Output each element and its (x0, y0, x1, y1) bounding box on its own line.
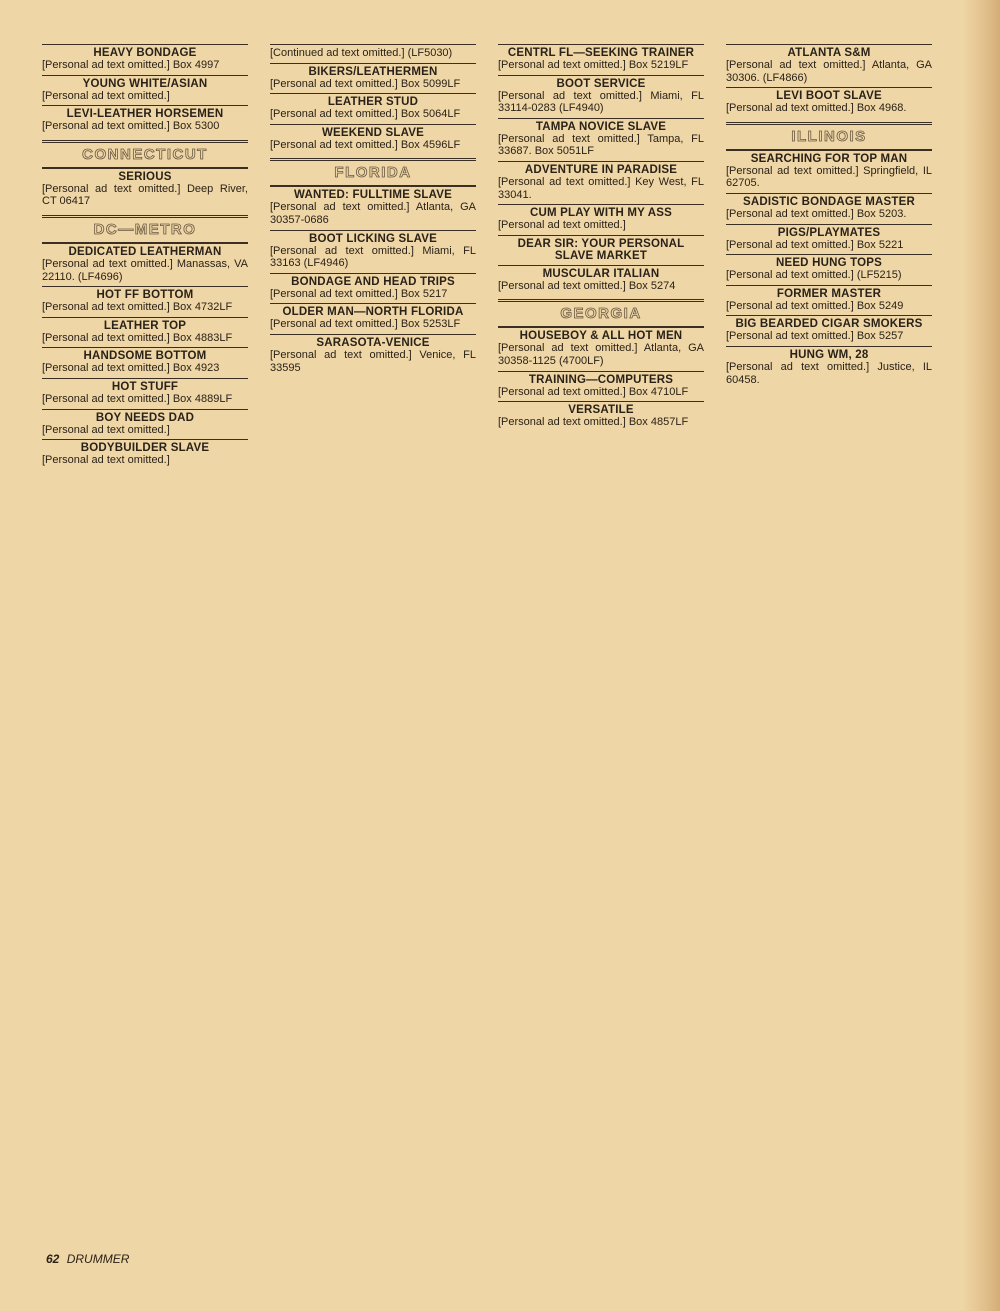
ad-heading: HOUSEBOY & ALL HOT MEN (498, 330, 704, 342)
classifieds-columns: HEAVY BONDAGE[Personal ad text omitted.]… (42, 44, 932, 1249)
ad-heading: PIGS/PLAYMATES (726, 227, 932, 239)
classified-ad: FORMER MASTER[Personal ad text omitted.]… (726, 285, 932, 316)
classified-ad: TRAINING—COMPUTERS[Personal ad text omit… (498, 371, 704, 402)
ad-body: [Personal ad text omitted.] (LF5215) (726, 269, 932, 282)
ad-body: [Personal ad text omitted.] (42, 454, 248, 467)
classified-ad: DEDICATED LEATHERMAN[Personal ad text om… (42, 243, 248, 286)
ad-heading: BONDAGE AND HEAD TRIPS (270, 276, 476, 288)
classified-ad: ADVENTURE IN PARADISE[Personal ad text o… (498, 161, 704, 204)
classified-ad: HEAVY BONDAGE[Personal ad text omitted.]… (42, 44, 248, 75)
ad-heading: YOUNG WHITE/ASIAN (42, 78, 248, 90)
ad-heading: NEED HUNG TOPS (726, 257, 932, 269)
ad-body: [Personal ad text omitted.] Atlanta, GA … (270, 201, 476, 226)
classified-ad: YOUNG WHITE/ASIAN[Personal ad text omitt… (42, 75, 248, 106)
ad-body: [Personal ad text omitted.] Justice, IL … (726, 361, 932, 386)
ad-heading: BOOT LICKING SLAVE (270, 233, 476, 245)
classified-ad: WANTED: FULLTIME SLAVE[Personal ad text … (270, 186, 476, 229)
ad-heading: ADVENTURE IN PARADISE (498, 164, 704, 176)
classified-ad: BODYBUILDER SLAVE[Personal ad text omitt… (42, 439, 248, 470)
page-spine-shadow (962, 0, 1000, 1311)
ad-heading: SERIOUS (42, 171, 248, 183)
ad-body: [Personal ad text omitted.] Box 4883LF (42, 332, 248, 345)
ad-heading: DEDICATED LEATHERMAN (42, 246, 248, 258)
ad-body: [Personal ad text omitted.] Box 4710LF (498, 386, 704, 399)
classified-ad: LEATHER TOP[Personal ad text omitted.] B… (42, 317, 248, 348)
ad-body: [Personal ad text omitted.] Tampa, FL 33… (498, 133, 704, 158)
ad-heading: LEATHER STUD (270, 96, 476, 108)
ad-body: [Personal ad text omitted.] (42, 424, 248, 437)
classified-ad: CENTRL FL—SEEKING TRAINER[Personal ad te… (498, 44, 704, 75)
page-number: 62 (46, 1252, 59, 1266)
classified-ad: SADISTIC BONDAGE MASTER[Personal ad text… (726, 193, 932, 224)
ad-body: [Personal ad text omitted.] Box 5300 (42, 120, 248, 133)
classified-ad: BOY NEEDS DAD[Personal ad text omitted.] (42, 409, 248, 440)
ad-body: [Personal ad text omitted.] Box 4732LF (42, 301, 248, 314)
classified-ad: BOOT LICKING SLAVE[Personal ad text omit… (270, 230, 476, 273)
classified-ad: LEATHER STUD[Personal ad text omitted.] … (270, 93, 476, 124)
classified-ad: BIG BEARDED CIGAR SMOKERS[Personal ad te… (726, 315, 932, 346)
classified-ad: DEAR SIR: YOUR PERSONAL SLAVE MARKET (498, 235, 704, 265)
classified-ad: HOT FF BOTTOM[Personal ad text omitted.]… (42, 286, 248, 317)
ad-heading: SARASOTA-VENICE (270, 337, 476, 349)
ad-body: [Personal ad text omitted.] Box 5099LF (270, 78, 476, 91)
ad-heading: BIG BEARDED CIGAR SMOKERS (726, 318, 932, 330)
classified-ad: TAMPA NOVICE SLAVE[Personal ad text omit… (498, 118, 704, 161)
ad-heading: FORMER MASTER (726, 288, 932, 300)
ad-body: [Personal ad text omitted.] Box 4857LF (498, 416, 704, 429)
ad-heading: HEAVY BONDAGE (42, 47, 248, 59)
ad-body: [Personal ad text omitted.] Box 4997 (42, 59, 248, 72)
ad-heading: CUM PLAY WITH MY ASS (498, 207, 704, 219)
ad-body: [Personal ad text omitted.] (498, 219, 704, 232)
ad-body: [Personal ad text omitted.] Deep River, … (42, 183, 248, 208)
ad-heading: MUSCULAR ITALIAN (498, 268, 704, 280)
ad-heading: BOOT SERVICE (498, 78, 704, 90)
ad-body: [Personal ad text omitted.] Box 5221 (726, 239, 932, 252)
ad-body: [Continued ad text omitted.] (LF5030) (270, 47, 476, 60)
ad-heading: BOY NEEDS DAD (42, 412, 248, 424)
classified-ad: SARASOTA-VENICE[Personal ad text omitted… (270, 334, 476, 377)
classified-ad: NEED HUNG TOPS[Personal ad text omitted.… (726, 254, 932, 285)
ad-heading: WEEKEND SLAVE (270, 127, 476, 139)
ad-heading: WANTED: FULLTIME SLAVE (270, 189, 476, 201)
column-3: CENTRL FL—SEEKING TRAINER[Personal ad te… (498, 44, 704, 1249)
classified-ad: VERSATILE[Personal ad text omitted.] Box… (498, 401, 704, 432)
column-4: ATLANTA S&M[Personal ad text omitted.] A… (726, 44, 932, 1249)
section-title: DC—METRO (94, 221, 197, 238)
classified-ad: HOUSEBOY & ALL HOT MEN[Personal ad text … (498, 327, 704, 370)
ad-heading: DEAR SIR: YOUR PERSONAL SLAVE MARKET (498, 238, 704, 262)
classified-ad: SEARCHING FOR TOP MAN[Personal ad text o… (726, 150, 932, 193)
classified-ad: CUM PLAY WITH MY ASS[Personal ad text om… (498, 204, 704, 235)
state-section-header: GEORGIA (498, 299, 704, 327)
classified-ad: BONDAGE AND HEAD TRIPS[Personal ad text … (270, 273, 476, 304)
ad-body: [Personal ad text omitted.] Springfield,… (726, 165, 932, 190)
classified-ad: LEVI-LEATHER HORSEMEN[Personal ad text o… (42, 105, 248, 136)
classified-ad: PIGS/PLAYMATES[Personal ad text omitted.… (726, 224, 932, 255)
ad-body: [Personal ad text omitted.] Key West, FL… (498, 176, 704, 201)
classified-ad: ATLANTA S&M[Personal ad text omitted.] A… (726, 44, 932, 87)
ad-body: [Personal ad text omitted.] Box 5064LF (270, 108, 476, 121)
ad-body: [Personal ad text omitted.] Box 4596LF (270, 139, 476, 152)
classified-ad: HUNG WM, 28[Personal ad text omitted.] J… (726, 346, 932, 389)
ad-body: [Personal ad text omitted.] Manassas, VA… (42, 258, 248, 283)
classified-ad: HOT STUFF[Personal ad text omitted.] Box… (42, 378, 248, 409)
ad-heading: LEVI-LEATHER HORSEMEN (42, 108, 248, 120)
state-section-header: FLORIDA (270, 158, 476, 186)
ad-body: [Personal ad text omitted.] Box 5257 (726, 330, 932, 343)
ad-heading: LEATHER TOP (42, 320, 248, 332)
ad-heading: BIKERS/LEATHERMEN (270, 66, 476, 78)
ad-heading: ATLANTA S&M (726, 47, 932, 59)
section-title: GEORGIA (560, 305, 641, 322)
ad-body: [Personal ad text omitted.] Box 4889LF (42, 393, 248, 406)
ad-body: [Personal ad text omitted.] Box 5203. (726, 208, 932, 221)
section-title: ILLINOIS (791, 128, 866, 145)
state-section-header: ILLINOIS (726, 122, 932, 150)
ad-heading: HUNG WM, 28 (726, 349, 932, 361)
classified-ad: SERIOUS[Personal ad text omitted.] Deep … (42, 168, 248, 211)
ad-body: [Personal ad text omitted.] Box 5219LF (498, 59, 704, 72)
ad-heading: CENTRL FL—SEEKING TRAINER (498, 47, 704, 59)
ad-heading: VERSATILE (498, 404, 704, 416)
ad-heading: OLDER MAN—NORTH FLORIDA (270, 306, 476, 318)
state-section-header: CONNECTICUT (42, 140, 248, 168)
state-section-header: DC—METRO (42, 215, 248, 243)
page-folio: 62 DRUMMER (46, 1252, 129, 1266)
section-title: CONNECTICUT (82, 146, 208, 163)
ad-body: [Personal ad text omitted.] (42, 90, 248, 103)
column-2: [Continued ad text omitted.] (LF5030)BIK… (270, 44, 476, 1249)
classified-ad: BOOT SERVICE[Personal ad text omitted.] … (498, 75, 704, 118)
ad-heading: TAMPA NOVICE SLAVE (498, 121, 704, 133)
ad-body: [Personal ad text omitted.] Atlanta, GA … (726, 59, 932, 84)
classified-ad: WEEKEND SLAVE[Personal ad text omitted.]… (270, 124, 476, 155)
ad-body: [Personal ad text omitted.] Box 5249 (726, 300, 932, 313)
classified-ad: HANDSOME BOTTOM[Personal ad text omitted… (42, 347, 248, 378)
ad-heading: HOT STUFF (42, 381, 248, 393)
ad-heading: SADISTIC BONDAGE MASTER (726, 196, 932, 208)
ad-body: [Personal ad text omitted.] Box 5253LF (270, 318, 476, 331)
classified-ad: [Continued ad text omitted.] (LF5030) (270, 44, 476, 63)
classified-ad: MUSCULAR ITALIAN[Personal ad text omitte… (498, 265, 704, 296)
publication-name: DRUMMER (67, 1252, 130, 1266)
ad-body: [Personal ad text omitted.] Miami, FL 33… (498, 90, 704, 115)
ad-body: [Personal ad text omitted.] Box 5274 (498, 280, 704, 293)
ad-body: [Personal ad text omitted.] Venice, FL 3… (270, 349, 476, 374)
ad-heading: LEVI BOOT SLAVE (726, 90, 932, 102)
column-1: HEAVY BONDAGE[Personal ad text omitted.]… (42, 44, 248, 1249)
ad-body: [Personal ad text omitted.] Box 4968. (726, 102, 932, 115)
ad-body: [Personal ad text omitted.] Atlanta, GA … (498, 342, 704, 367)
ad-body: [Personal ad text omitted.] Box 4923 (42, 362, 248, 375)
ad-heading: SEARCHING FOR TOP MAN (726, 153, 932, 165)
ad-heading: TRAINING—COMPUTERS (498, 374, 704, 386)
classified-ad: OLDER MAN—NORTH FLORIDA[Personal ad text… (270, 303, 476, 334)
classified-ad: BIKERS/LEATHERMEN[Personal ad text omitt… (270, 63, 476, 94)
ad-heading: HANDSOME BOTTOM (42, 350, 248, 362)
ad-body: [Personal ad text omitted.] Box 5217 (270, 288, 476, 301)
section-title: FLORIDA (334, 164, 411, 181)
ad-body: [Personal ad text omitted.] Miami, FL 33… (270, 245, 476, 270)
ad-heading: BODYBUILDER SLAVE (42, 442, 248, 454)
ad-heading: HOT FF BOTTOM (42, 289, 248, 301)
classified-ad: LEVI BOOT SLAVE[Personal ad text omitted… (726, 87, 932, 118)
